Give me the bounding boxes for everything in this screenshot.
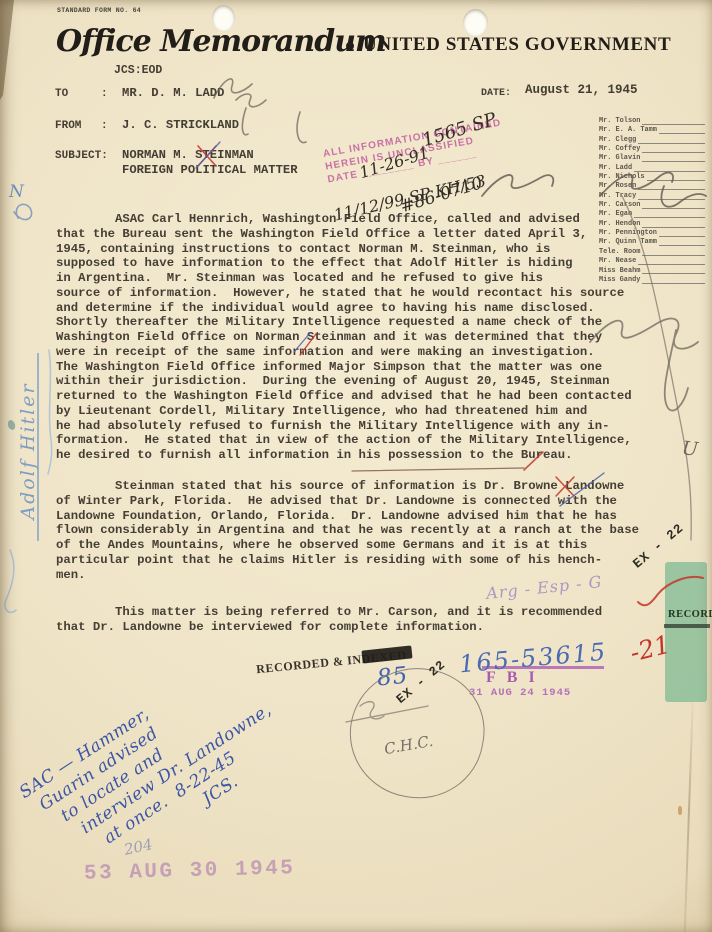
text-line: in Argentina. Mr. Steinman was located a… xyxy=(56,271,632,286)
text-line: Shortly thereafter the Military Intellig… xyxy=(56,315,632,330)
text-line: 1945, containing instructions to contact… xyxy=(56,242,632,257)
paper-crease-line xyxy=(684,688,694,932)
from-value: J. C. STRICKLAND xyxy=(122,118,239,132)
text-line: supposed to have information to the effe… xyxy=(56,256,632,271)
text-line: formation. He stated that in view of the… xyxy=(56,433,632,448)
masthead-org: UNITED STATES GOVERNMENT xyxy=(363,34,671,56)
text-line: Steinman stated that his source of infor… xyxy=(56,479,639,494)
punch-hole-right xyxy=(463,9,488,36)
subject-label: SUBJECT: xyxy=(55,150,108,162)
text-line: Mr. Ladd xyxy=(599,164,705,173)
text-line: of Winter Park, Florida. He advised that… xyxy=(56,494,639,509)
text-line: particular point that he claims Hitler i… xyxy=(56,553,639,568)
margin-u-mark: U xyxy=(681,437,699,461)
text-line: that the Bureau sent the Washington Fiel… xyxy=(56,227,632,242)
text-line: Mr. Tracy xyxy=(599,192,705,201)
text-line: The Washington Field Office informed Maj… xyxy=(56,360,632,375)
text-line: Mr. Carson xyxy=(599,201,705,210)
to-colon: : xyxy=(101,88,108,100)
from-colon: : xyxy=(101,120,108,132)
paper-corner-shadow xyxy=(0,0,16,100)
text-line: Mr. Clegg xyxy=(599,136,705,145)
fbi-stamp-date: 31 AUG 24 1945 xyxy=(469,687,571,699)
to-label: TO xyxy=(55,88,68,100)
text-line: Landowne Foundation, Orlando, Florida. D… xyxy=(56,509,639,524)
from-label: FROM xyxy=(55,120,81,132)
green-record-strip xyxy=(665,562,707,702)
text-line: and determine if the individual would ag… xyxy=(56,301,632,316)
text-line: within their jurisdiction. During the ev… xyxy=(56,374,632,389)
body-paragraph-3: This matter is being referred to Mr. Car… xyxy=(56,605,602,635)
text-line: by Lieutenant Cordell, Military Intellig… xyxy=(56,404,632,419)
text-line: Mr. Coffey xyxy=(599,145,705,154)
punch-hole-left xyxy=(212,5,235,31)
n-mark-squiggle xyxy=(14,204,32,219)
text-line: returned to the Washington Field Office … xyxy=(56,389,632,404)
text-line: he desired to furnish all information in… xyxy=(56,448,632,463)
margin-n-mark: N xyxy=(9,182,24,202)
bureau-underline xyxy=(352,468,524,471)
left-margin-blue-line xyxy=(48,350,52,474)
body-paragraph-1: ASAC Carl Hennrich, Washington Field Off… xyxy=(56,212,632,463)
text-line: flown considerably in Argentina and that… xyxy=(56,523,639,538)
date-label: DATE: xyxy=(481,88,511,99)
text-line: Mr. Rosen xyxy=(599,182,705,191)
text-line: Mr. Tolson xyxy=(599,117,705,126)
subject-line2: FOREIGN POLITICAL MATTER xyxy=(122,163,298,177)
text-line: Mr. Glavin xyxy=(599,154,705,163)
file-reference: JCS:EOD xyxy=(114,64,162,77)
ink-spot xyxy=(7,419,17,431)
ladd-signature-scrawl xyxy=(214,79,306,143)
memo-scan-page: RECORD STANDARD FORM NO. 64 Office Memor… xyxy=(0,0,712,932)
text-line: were in receipt of the same information … xyxy=(56,345,632,360)
text-line: Mr. Nichols xyxy=(599,173,705,182)
record-strip-label: RECORD xyxy=(668,609,712,620)
left-margin-blue-squiggle xyxy=(5,550,16,612)
text-line: Mr. E. A. Tamm xyxy=(599,126,705,135)
text-line: he had absolutely refused to furnish the… xyxy=(56,419,632,434)
date-value: August 21, 1945 xyxy=(525,83,638,97)
form-number-label: STANDARD FORM NO. 64 xyxy=(57,7,141,14)
handwritten-action-note: SAC — Hammer,Guarin advisedto locate and… xyxy=(16,601,370,892)
margin-note-adolf-hitler: Adolf Hitler xyxy=(17,351,39,551)
subject-line1: NORMAN M. STEINMAN xyxy=(122,148,254,162)
record-strip-bar xyxy=(664,624,710,628)
stain-spot xyxy=(678,806,682,815)
text-line: Washington Field Office on Norman Steinm… xyxy=(56,330,632,345)
to-value: MR. D. M. LADD xyxy=(122,86,224,100)
text-line: This matter is being referred to Mr. Car… xyxy=(56,605,602,620)
masthead-bullet xyxy=(346,42,354,50)
text-line: that Dr. Landowne be interviewed for com… xyxy=(56,620,602,635)
text-line: source of information. However, he state… xyxy=(56,286,632,301)
text-line: of the Andes Mountains, where he observe… xyxy=(56,538,639,553)
body-paragraph-2: Steinman stated that his source of infor… xyxy=(56,479,639,582)
